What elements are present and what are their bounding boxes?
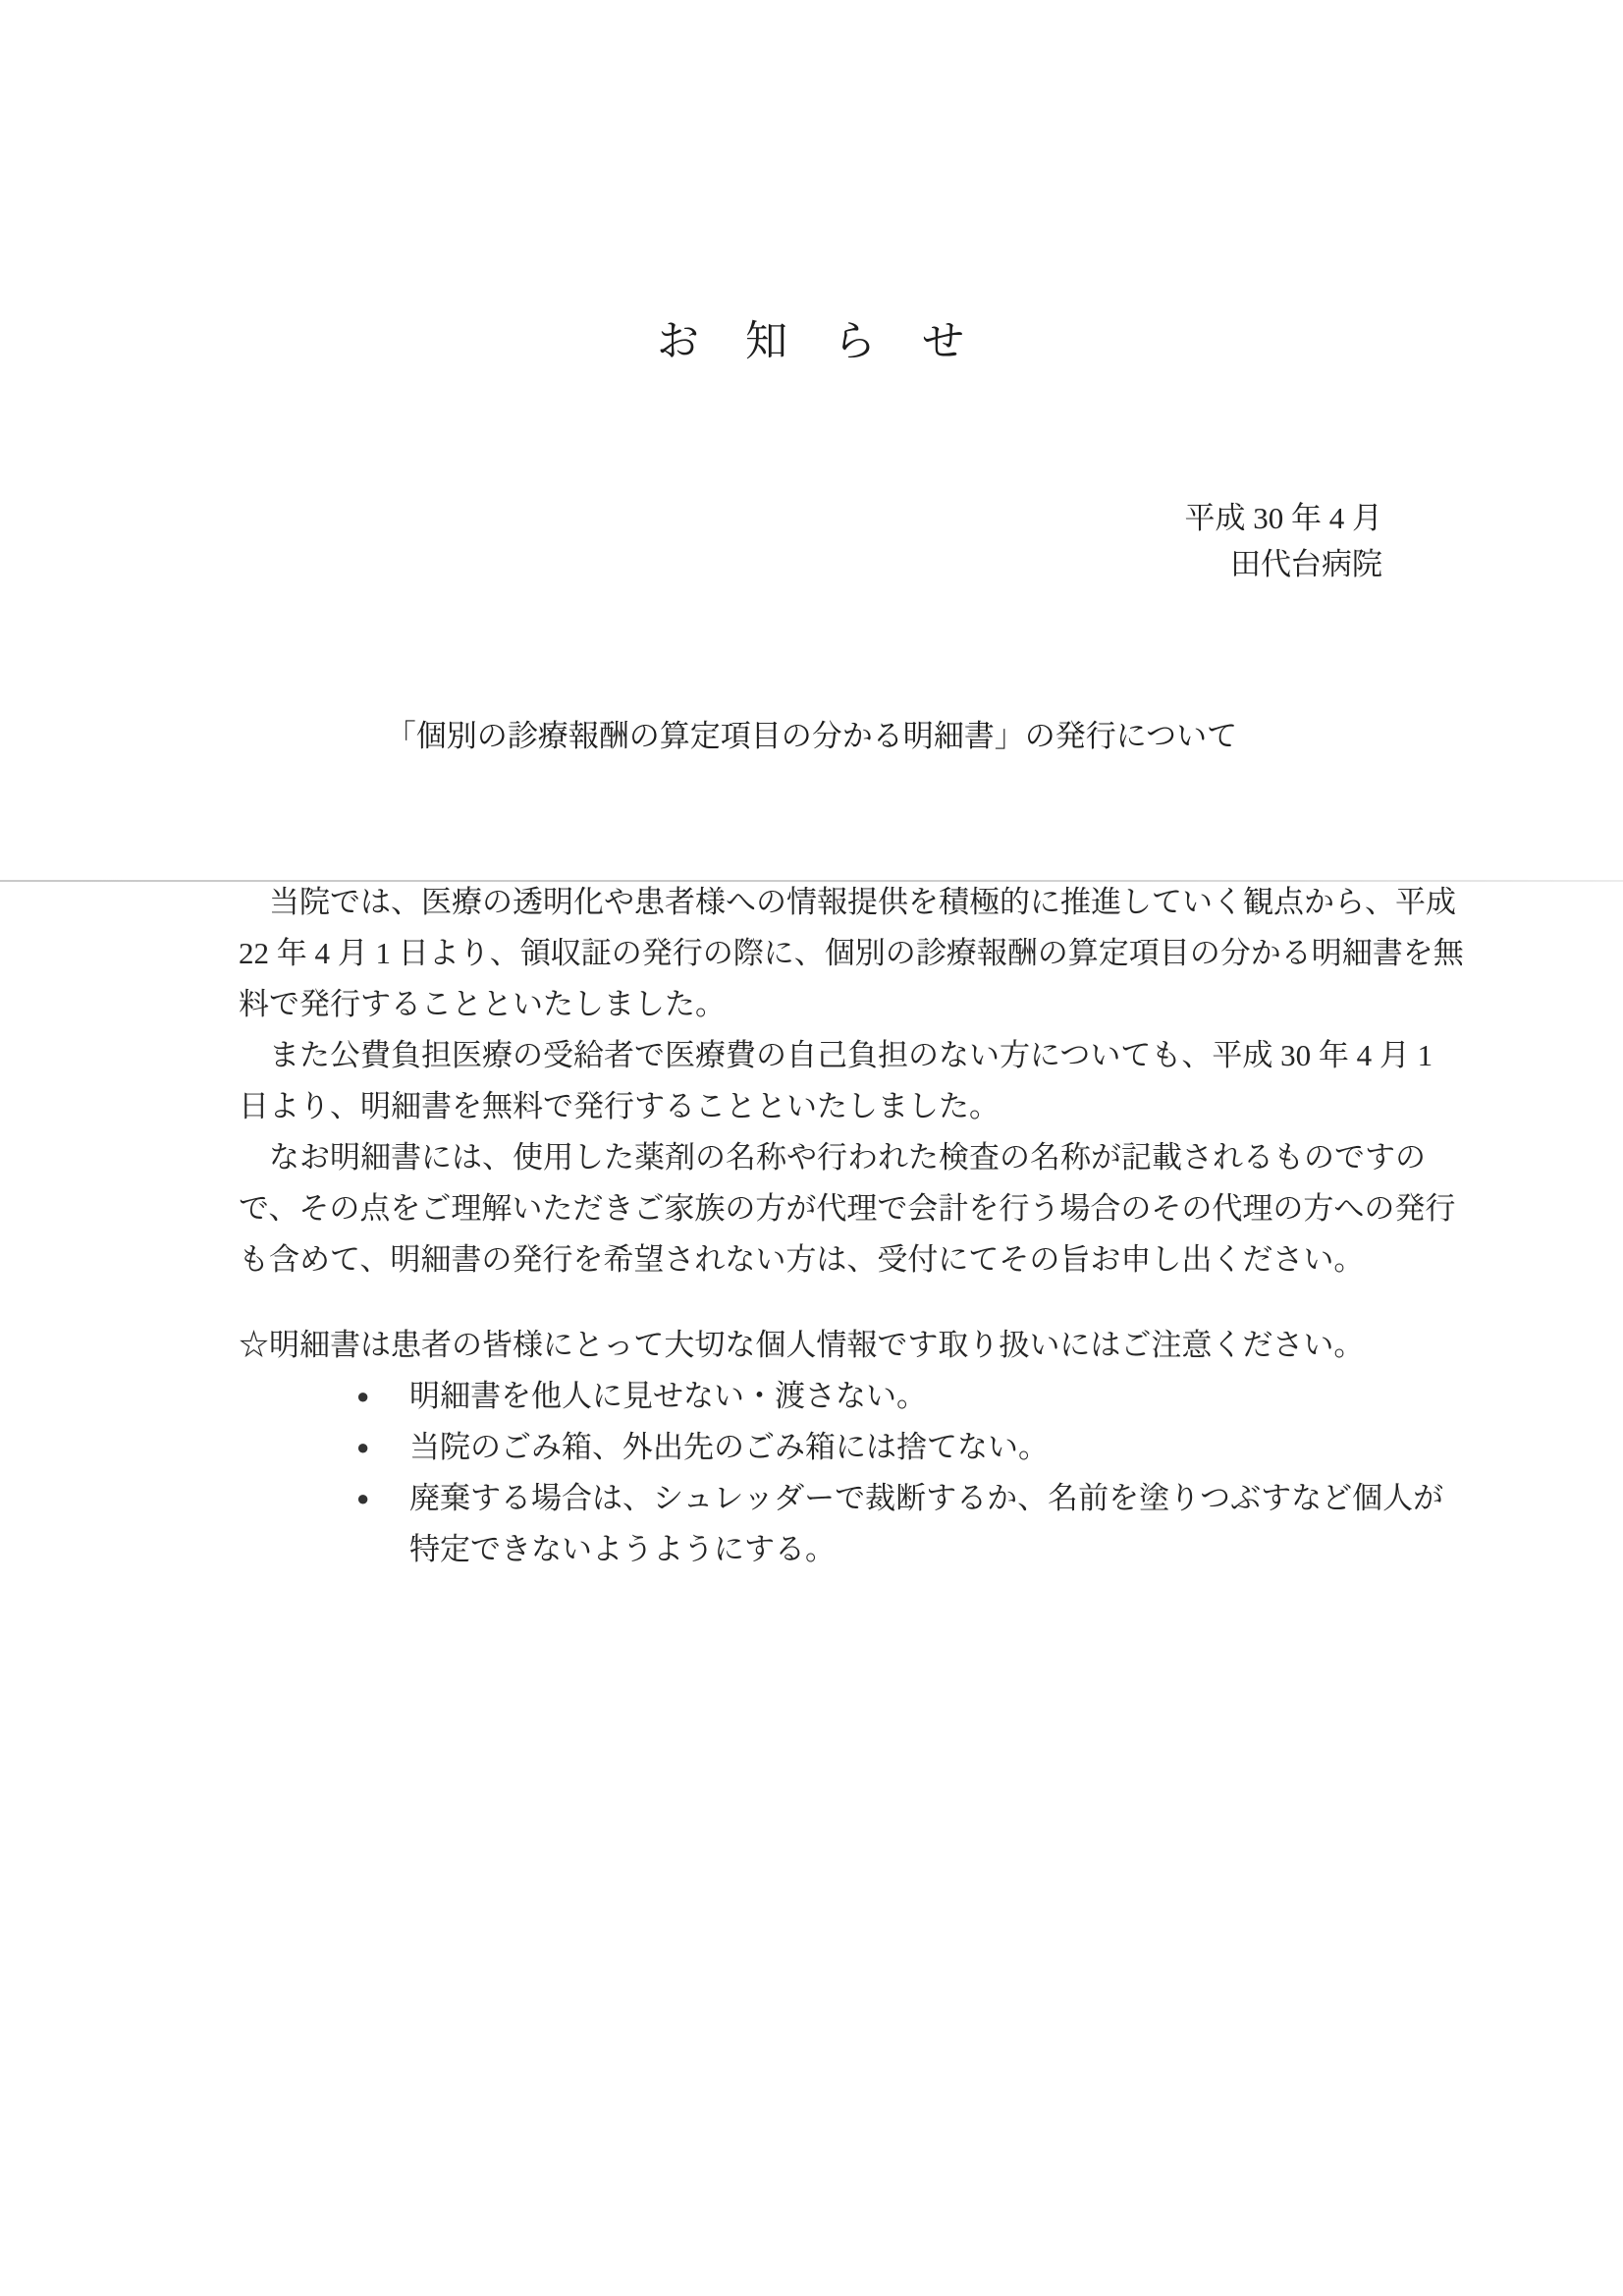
bullet-text-do-not-show: 明細書を他人に見せない・渡さない。 [409,1371,927,1422]
notice-document-page: お 知 ら せ 平成 30 年 4 月 田代台病院 「個別の診療報酬の算定項目の… [0,0,1623,2296]
bullet-icon: ● [356,1473,409,1524]
paragraph-public-expense: また公費負担医療の受給者で医療費の自己負担のない方についても、平成 30 年 4… [239,1030,1466,1132]
document-body: 当院では、医療の透明化や患者様への情報提供を積極的に推進していく観点から、平成 … [239,877,1466,1575]
bullet-text-do-not-discard: 当院のごみ箱、外出先のごみ箱には捨てない。 [409,1422,1049,1473]
paragraph-opt-out: なお明細書には、使用した薬剤の名称や行われた検査の名称が記載されるものですの で… [239,1132,1466,1285]
list-item: ● 明細書を他人に見せない・渡さない。 [239,1371,1466,1422]
document-meta: 平成 30 年 4 月 田代台病院 [1185,495,1383,587]
paragraph-free-issuance: 当院では、医療の透明化や患者様への情報提供を積極的に推進していく観点から、平成 … [239,877,1466,1030]
privacy-note: ☆明細書は患者の皆様にとって大切な個人情報です取り扱いにはご注意ください。 [239,1320,1466,1371]
list-item: ● 廃棄する場合は、シュレッダーで裁断するか、名前を塗りつぶすなど個人が 特定で… [239,1473,1466,1575]
document-title: お 知 ら せ [0,308,1623,368]
document-subject: 「個別の診療報酬の算定項目の分かる明細書」の発行について [0,711,1623,755]
bullet-icon: ● [356,1422,409,1473]
list-item: ● 当院のごみ箱、外出先のごみ箱には捨てない。 [239,1422,1466,1473]
privacy-bullet-list: ● 明細書を他人に見せない・渡さない。 ● 当院のごみ箱、外出先のごみ箱には捨て… [239,1371,1466,1575]
organization-name: 田代台病院 [1185,541,1383,587]
document-date: 平成 30 年 4 月 [1185,495,1383,541]
bullet-text-shred-before-disposal: 廃棄する場合は、シュレッダーで裁断するか、名前を塗りつぶすなど個人が 特定できな… [409,1473,1443,1575]
bullet-icon: ● [356,1371,409,1422]
